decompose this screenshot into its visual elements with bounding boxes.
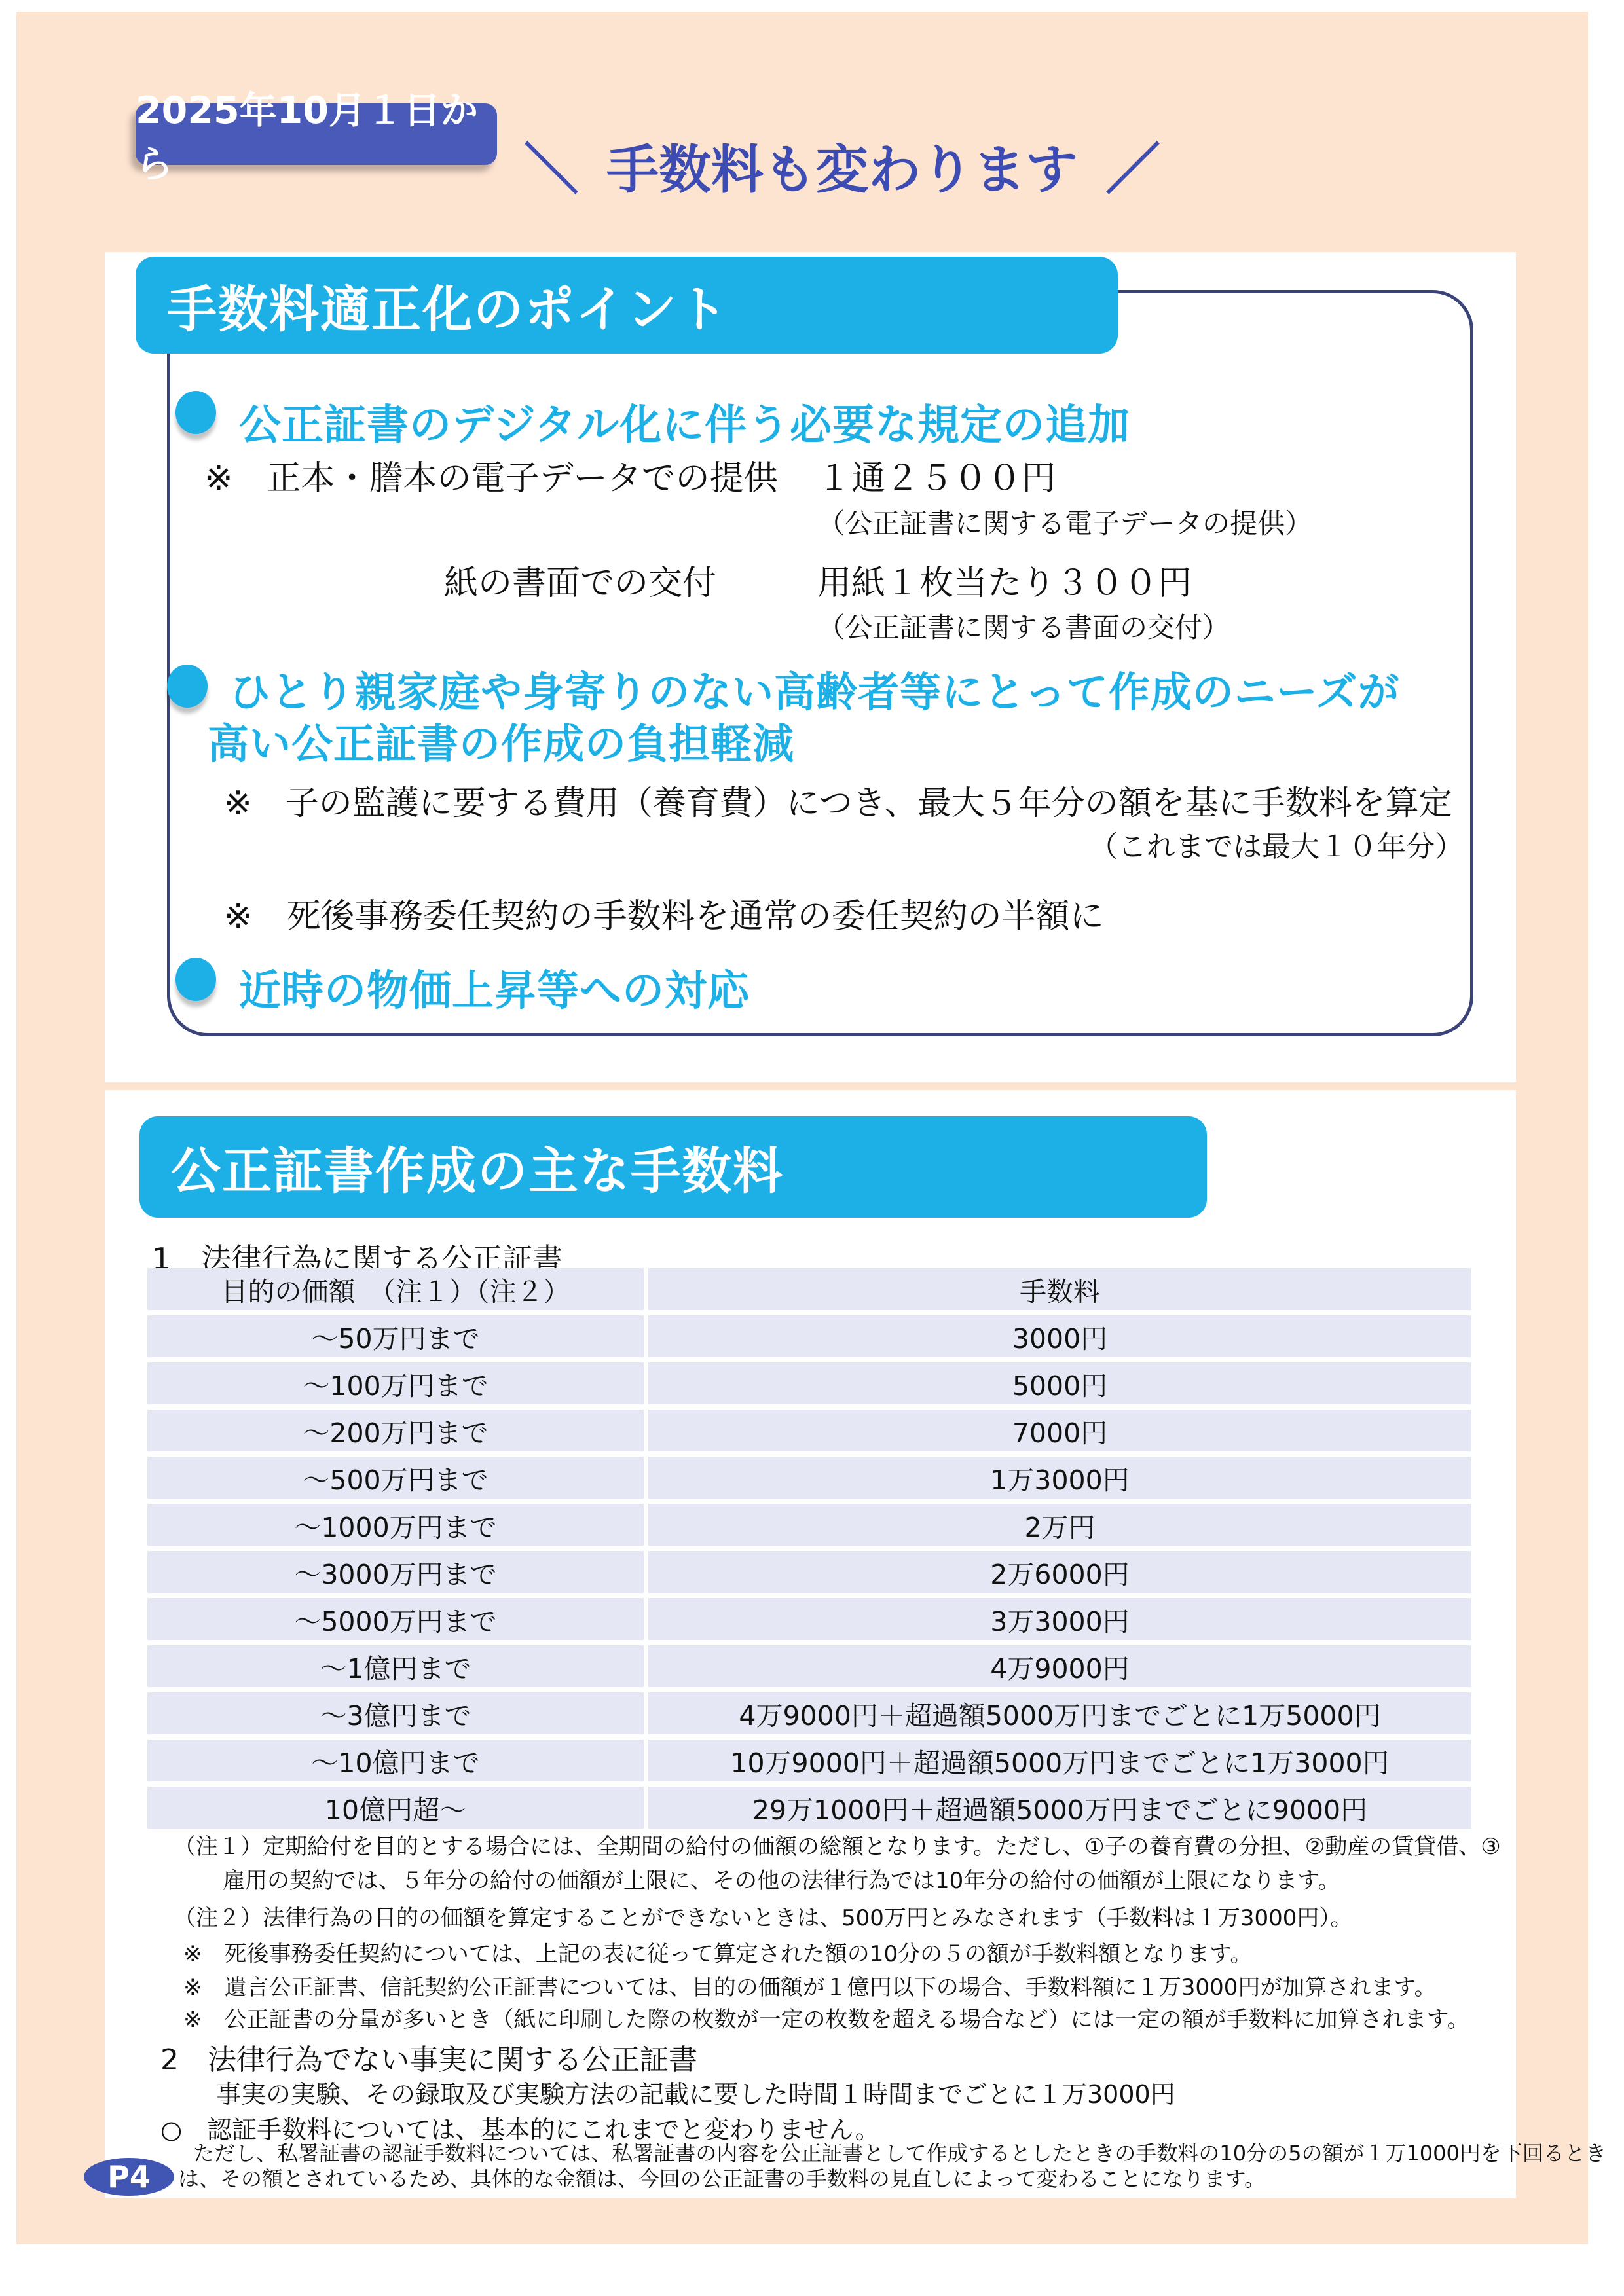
row-value: ～500万円まで: [147, 1457, 644, 1499]
row-fee: 5000円: [648, 1362, 1471, 1404]
point1-row1-label: ※ 正本・謄本の電子データでの提供: [204, 450, 778, 500]
row-fee: 3000円: [648, 1315, 1471, 1357]
row-fee: 2万円: [648, 1504, 1471, 1546]
table-row: ～500万円まで1万3000円: [147, 1457, 1471, 1499]
table-row: ～10億円まで10万9000円＋超過額5000万円までごとに1万3000円: [147, 1740, 1471, 1781]
points-header-banner: 手数料適正化のポイント: [136, 257, 1118, 354]
table-star-note2: ※ 遺言公正証書、信託契約公正証書については、目的の価額が１億円以下の場合、手数…: [183, 1969, 1437, 2001]
table-row: ～100万円まで5000円: [147, 1362, 1471, 1404]
date-badge: 2025年10月１日から: [136, 103, 497, 165]
row-fee: 10万9000円＋超過額5000万円までごとに1万3000円: [648, 1740, 1471, 1781]
point1-heading: 公正証書のデジタル化に伴う必要な規定の追加: [239, 392, 1130, 452]
row-value: ～1000万円まで: [147, 1504, 644, 1546]
row-fee: 2万6000円: [648, 1551, 1471, 1593]
fee-table-header-row: 目的の価額 （注１）（注２） 手数料: [147, 1268, 1471, 1310]
fee-table-header-value: 目的の価額 （注１）（注２）: [147, 1268, 644, 1310]
table-note2: （注２）法律行為の目的の価額を算定することができないときは、500万円とみなされ…: [174, 1900, 1352, 1932]
point1-row1-value: １通２５００円: [817, 450, 1056, 500]
point1-row2-value: 用紙１枚当たり３００円: [817, 555, 1192, 604]
table-note1-line2: 雇用の契約では、５年分の給付の価額が上限に、その他の法律行為では10年分の給付の…: [223, 1863, 1340, 1895]
table-note1-line1: （注１）定期給付を目的とする場合には、全期間の給付の価額の総額となります。ただし…: [174, 1829, 1501, 1861]
row-value: ～50万円まで: [147, 1315, 644, 1357]
point1-row2-label: 紙の書面での交付: [444, 555, 716, 604]
fees-sub2-body: 事実の実験、その録取及び実験方法の記載に要した時間１時間までごとに１万3000円: [216, 2074, 1175, 2110]
row-value: ～200万円まで: [147, 1410, 644, 1451]
row-fee: 29万1000円＋超過額5000万円までごとに9000円: [648, 1787, 1471, 1829]
table-row: 10億円超～29万1000円＋超過額5000万円までごとに9000円: [147, 1787, 1471, 1829]
table-row: ～200万円まで7000円: [147, 1410, 1471, 1451]
row-fee: 4万9000円: [648, 1645, 1471, 1687]
cert-fee-detail-line2: は、その額とされているため、具体的な金額は、今回の公正証書の手数料の見直しによっ…: [178, 2162, 1265, 2193]
point1-row1-note: （公正証書に関する電子データの提供）: [817, 502, 1312, 541]
table-row: ～3億円まで4万9000円＋超過額5000万円までごとに1万5000円: [147, 1692, 1471, 1734]
table-star-note3: ※ 公正証書の分量が多いとき（紙に印刷した際の枚数が一定の枚数を超える場合など）…: [183, 2001, 1469, 2033]
point2-note1-sub: （これまでは最大１０年分）: [1089, 823, 1464, 865]
points-section: 手数料適正化のポイント 公正証書のデジタル化に伴う必要な規定の追加 ※ 正本・謄…: [105, 252, 1516, 1082]
page-title: 手数料も変わります: [606, 128, 1078, 203]
title-decor-left-icon: ＼: [524, 126, 579, 205]
title-decor-right-icon: ／: [1105, 126, 1160, 205]
points-header-label: 手数料適正化のポイント: [167, 270, 729, 341]
point1-bullet-icon: [175, 391, 216, 434]
table-row: ～1億円まで4万9000円: [147, 1645, 1471, 1687]
row-value: 10億円超～: [147, 1787, 644, 1829]
point2-note2: ※ 死後事務委任契約の手数料を通常の委任契約の半額に: [224, 888, 1104, 938]
row-value: ～5000万円まで: [147, 1598, 644, 1640]
page-number-badge: P4: [84, 2158, 174, 2196]
point1-row2-note: （公正証書に関する書面の交付）: [817, 606, 1230, 646]
row-value: ～1億円まで: [147, 1645, 644, 1687]
fees-header-banner: 公正証書作成の主な手数料: [139, 1116, 1207, 1218]
point3-heading: 近時の物価上昇等への対応: [239, 957, 750, 1017]
row-fee: 4万9000円＋超過額5000万円までごとに1万5000円: [648, 1692, 1471, 1734]
table-star-note1: ※ 死後事務委任契約については、上記の表に従って算定された額の10分の５の額が手…: [183, 1936, 1252, 1968]
row-value: ～3000万円まで: [147, 1551, 644, 1593]
row-value: ～3億円まで: [147, 1692, 644, 1734]
page-number-label: P4: [107, 2159, 151, 2195]
row-value: ～10億円まで: [147, 1740, 644, 1781]
table-row: ～1000万円まで2万円: [147, 1504, 1471, 1546]
fee-table: 目的の価額 （注１）（注２） 手数料 ～50万円まで3000円 ～100万円まで…: [147, 1268, 1471, 1829]
table-row: ～3000万円まで2万6000円: [147, 1551, 1471, 1593]
table-row: ～50万円まで3000円: [147, 1315, 1471, 1357]
fee-table-header-fee: 手数料: [648, 1268, 1471, 1310]
date-badge-label: 2025年10月１日から: [136, 81, 497, 188]
fees-section: 公正証書作成の主な手数料 1 法律行為に関する公正証書 目的の価額 （注１）（注…: [105, 1090, 1516, 2198]
point2-note1: ※ 子の監護に要する費用（養育費）につき、最大５年分の額を基に手数料を算定: [224, 776, 1452, 824]
fees-header-label: 公正証書作成の主な手数料: [171, 1131, 784, 1203]
table-row: ～5000万円まで3万3000円: [147, 1598, 1471, 1640]
point3-bullet-icon: [175, 958, 216, 1001]
row-fee: 3万3000円: [648, 1598, 1471, 1640]
flyer-page: 2025年10月１日から ＼ 手数料も変わります ／ 手数料適正化のポイント 公…: [0, 0, 1624, 2296]
fees-sub2-title: 2 法律行為でない事実に関する公正証書: [160, 2036, 697, 2078]
point2-heading-line2: 高い公正証書の作成の負担軽減: [208, 711, 794, 771]
point2-heading-line1: ひとり親家庭や身寄りのない高齢者等にとって作成のニーズが: [229, 659, 1400, 719]
page-title-row: ＼ 手数料も変わります ／: [524, 126, 1160, 205]
row-value: ～100万円まで: [147, 1362, 644, 1404]
point2-bullet-icon: [167, 665, 208, 708]
row-fee: 1万3000円: [648, 1457, 1471, 1499]
row-fee: 7000円: [648, 1410, 1471, 1451]
